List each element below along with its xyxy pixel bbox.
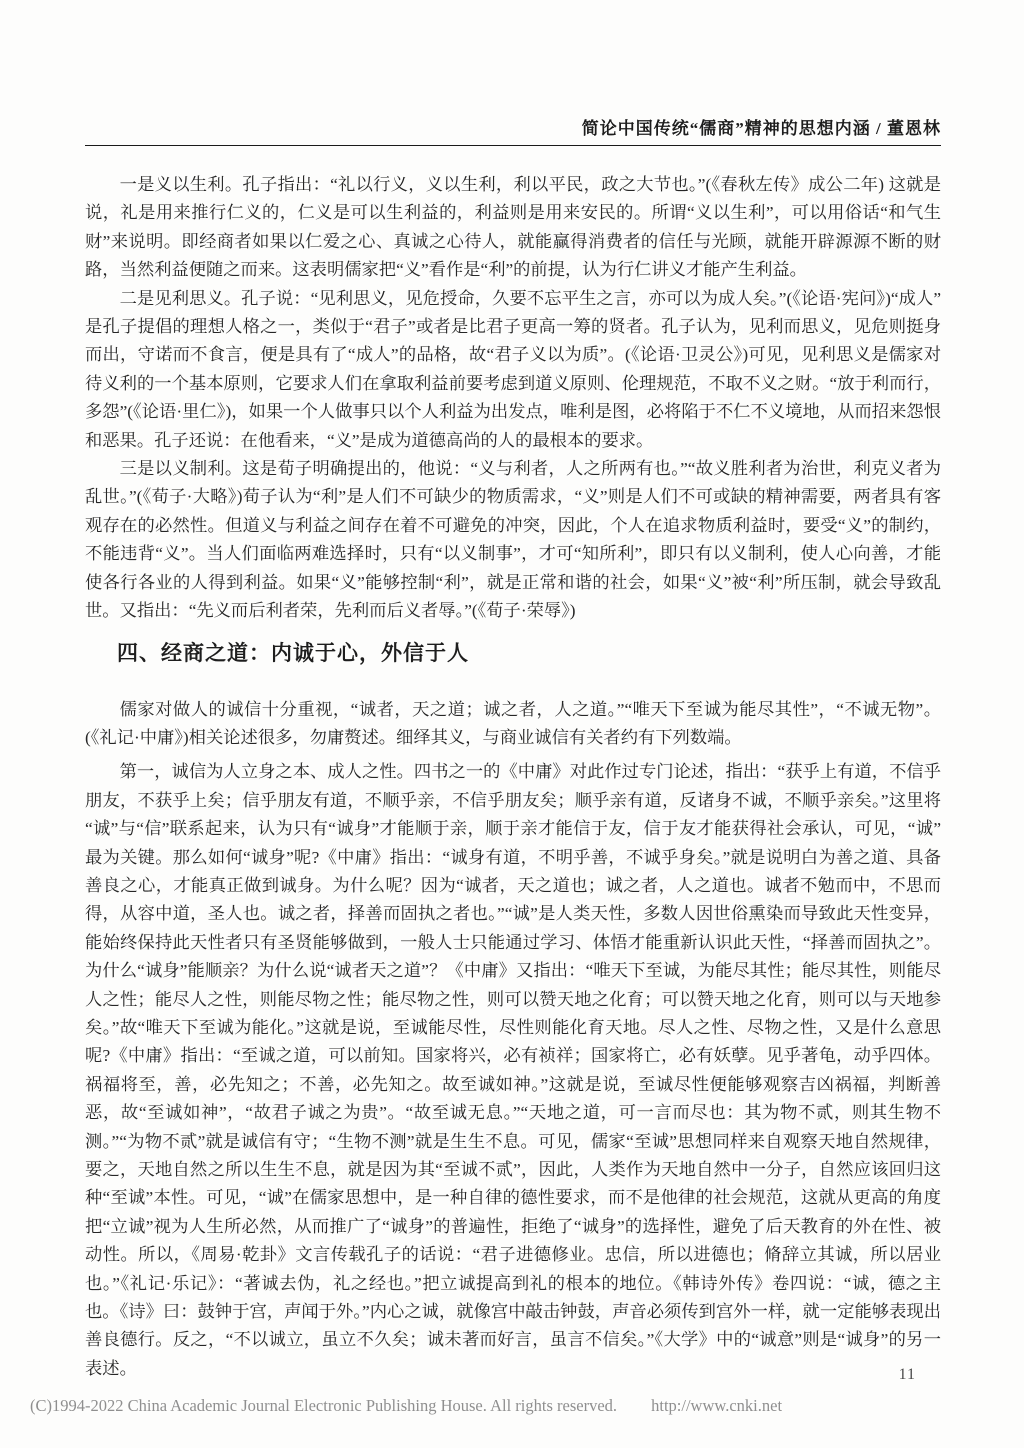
page-content: 简论中国传统“儒商”精神的思想内涵 / 董恩林 一是义以生利。孔子指出：“礼以行… [85, 118, 941, 1383]
running-header-title: 简论中国传统“儒商”精神的思想内涵 / 董恩林 [85, 118, 941, 140]
paragraph-yi-yi-sheng-li: 一是义以生利。孔子指出：“礼以行义，义以生利，利以平民，政之大节也。”(《春秋左… [85, 171, 941, 285]
page-number: 11 [899, 1366, 916, 1384]
paragraph-jian-li-si-yi: 二是见利思义。孔子说：“见利思义，见危授命，久要不忘平生之言，亦可以为成人矣。”… [85, 285, 941, 455]
copyright-footer: (C)1994-2022 China Academic Journal Elec… [30, 1396, 994, 1416]
cnki-url-text: http://www.cnki.net [651, 1396, 782, 1415]
paragraph-yi-yi-zhi-li: 三是以义制利。这是荀子明确提出的，他说：“义与利者，人之所两有也。”“故义胜利者… [85, 455, 941, 625]
paragraph-chengxin-intro: 儒家对做人的诚信十分重视，“诚者，天之道；诚之者，人之道。”“唯天下至诚为能尽其… [85, 696, 941, 753]
paragraph-chengxin-first-point: 第一，诚信为人立身之本、成人之性。四书之一的《中庸》对此作过专门论述，指出：“获… [85, 758, 941, 1383]
section-heading-four: 四、经商之道：内诚于心，外信于人 [85, 638, 941, 668]
document-page: 简论中国传统“儒商”精神的思想内涵 / 董恩林 一是义以生利。孔子指出：“礼以行… [0, 0, 1024, 1448]
copyright-text: (C)1994-2022 China Academic Journal Elec… [30, 1396, 617, 1415]
header-divider [85, 145, 941, 146]
